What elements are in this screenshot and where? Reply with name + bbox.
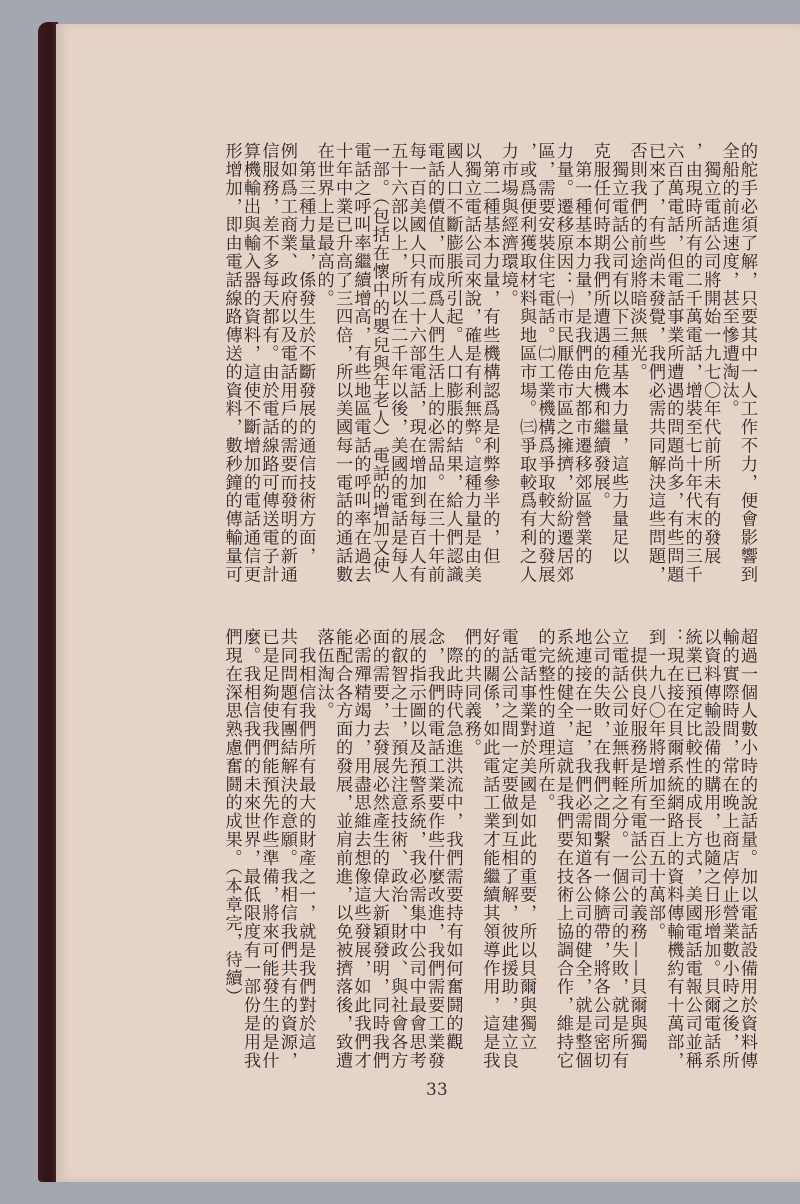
text-column: 例如爲工商業、政府以及電話用戶的需要而發明的新通	[277, 142, 295, 612]
text-column: 信服務，差不多每天都有。由於電話線路可傳送電子計	[259, 142, 277, 612]
text-column: 以獨立電話公司來說，確是有利無弊。這種力量是由美	[462, 142, 480, 612]
text-column: 提供良好服務是所有電話公司的義務——貝爾與獨	[627, 628, 645, 1098]
text-column: 力量。遷移原因：㈠市民厭倦市區之擁擠，紛紛遷居郊	[554, 142, 572, 612]
text-column: 電話的價值，而成爲人們生活上的必需品。在三十年前	[425, 142, 443, 612]
text-column: 輸的實際時間，常在晚上商店停止營業數小時之後，所	[719, 628, 737, 1098]
text-column: 以資料傳輸設備的購用，也隨之日形增加。貝爾電話系	[701, 628, 719, 1098]
text-column: 算機輸出與輸入器的資料，這使不斷增加的電話通信更	[241, 142, 259, 612]
text-column: 區，需要安裝住宅電話。㈡工業機構爲爭取較大的發展	[535, 142, 553, 612]
text-column: 克服任何時期我們所遭遇的危機和繼續發展。	[590, 142, 608, 612]
text-column: 到一九八〇年將增加至一百五十萬部。	[646, 628, 664, 1098]
text-column: 全船的前進速度，甚至慘遭淘汰。	[719, 142, 737, 612]
text-column: 否則我們的前途將暗淡無光。	[627, 142, 645, 612]
text-column: 第三種力量，係發生於不斷發展的通信技術方面，	[296, 142, 314, 612]
text-column: 們現在深思熟慮奮鬪的成果。（本章完，待續）	[222, 628, 240, 1098]
text-column: 系統的健全，這就是我們要在技術上協調合作，維持它	[554, 628, 572, 1098]
text-column: 落伍淘汰。	[314, 628, 332, 1098]
text-column: 際此時代急進洪流中，我們需要持有如何奮鬪的觀	[443, 628, 461, 1098]
text-column: 國人口不斷膨脹所引起。人口膨脹的結果，給人們認識	[443, 142, 461, 612]
text-column: 第一種基本力量，是我們由大都市遷移郊區營業的	[572, 142, 590, 612]
text-column: 共同問題有團結解決的意願。我相信我們共有的資源，	[277, 628, 295, 1098]
text-column: 能配合各方面的發展，並肩前進，以免被擠落後，致遭	[333, 628, 351, 1098]
text-column: 們的共同義務。	[462, 628, 480, 1098]
text-column: 麼。我相信我們的未來世界，最低限度有一部份是用我	[241, 628, 259, 1098]
text-column: 電話公司之間一定要做到互相了解，彼此援助，建立良	[498, 628, 516, 1098]
text-block-bottom: 超過一個人數小時的說話量。加以電話設備用於資料傳輸的實際時間，常在晚上商店停止營…	[222, 628, 756, 1098]
text-column: 力市場與經濟環境。	[498, 142, 516, 612]
text-column: ：現在接在貝爾系統網路上的資料傳輸機約有十萬部，	[664, 628, 682, 1098]
text-column: ，或爲便利獲取材料與地區市場。㈢爭取較爲有利之人	[517, 142, 535, 612]
text-column: 每一百美國人只有二十六部電話，現在增加到每百人有	[406, 142, 424, 612]
text-column: 展的指示圖以及預警系統，我必需集中公司中最會思考	[406, 628, 424, 1098]
text-column: 面的需要，去發展必然產生的偉大新穎發明，同時我們	[369, 628, 387, 1098]
text-column: 超過一個人數小時的說話量。加以電話設備用於資料傳	[738, 628, 756, 1098]
text-block-top: 的舵手必須了解，只要其中一人工作不力，便會影響到全船的前進速度，甚至慘遭淘汰。 …	[222, 142, 756, 612]
text-column: 已來了，有些尚未發覺，我們必需共同解決這些問題，	[646, 142, 664, 612]
text-column: 立電話公司並無軒輊之分。一個公司的失敗，就是所有	[609, 628, 627, 1098]
book-binding	[38, 22, 58, 1182]
text-column: 一部。（包括在懷中的嬰兒與年老人）電話的增加又使	[369, 142, 387, 612]
page-number: 33	[426, 1080, 448, 1100]
book-page: 的舵手必須了解，只要其中一人工作不力，便會影響到全船的前進速度，甚至慘遭淘汰。 …	[56, 24, 800, 1182]
text-column: 的完整性的道理所在。	[535, 628, 553, 1098]
text-column: ，由現時所有的二千萬電話，增裝至七十年代末的三千	[682, 142, 700, 612]
text-column: 地連接在一起，我們必需知道各公司的健全，就是整個	[572, 628, 590, 1098]
text-column: 念，我們的電話工業要作些什麼改進，我們需要工業發	[425, 628, 443, 1098]
text-column: 在世界上是最高的。	[314, 142, 332, 612]
text-column: 好的關係，如此電話工業才能繼續其領導作用，這是我	[480, 628, 498, 1098]
text-column: 五十六部以上，所以在二千年以後，美國的電話是每人	[388, 142, 406, 612]
text-column: 的舵手必須了解，只要其中一人工作不力，便會影響到	[738, 142, 756, 612]
text-column: 獨立電話公司有以下三種基本力量，這些力量足以	[609, 142, 627, 612]
text-column: 第二種基本力量，有些機構認爲是利弊參半的，但	[480, 142, 498, 612]
text-column: 六百萬電話，但電話事業所遭遇的問題尚多，有些問題	[664, 142, 682, 612]
text-column: 公司的失敗，在我們之間繫有一條臍帶，將各公司密切	[590, 628, 608, 1098]
text-column: 統業已預定比較性的成長方式，美國電話電報公司並稱	[682, 628, 700, 1098]
text-column: 必需殫精竭力，用盡思維去想像這些發展，如此我們才	[351, 628, 369, 1098]
text-column: 十年中業已升高了三四倍，所以美國每一電話的通話數	[333, 142, 351, 612]
text-column: 形增加，即由電話線路傳送的資料，數秒鐘的傳輸量可	[222, 142, 240, 612]
text-column: 已是足夠使我們能預先作些準備，將來可能發生的是什	[259, 628, 277, 1098]
text-column: 的叡智之士，預先注意技術、政治、財政、與社會各方	[388, 628, 406, 1098]
text-column: 我相信我們所有最大的財產之一，就是我們對於這	[296, 628, 314, 1098]
text-column: 電話之呼叫率繼續增高，有些地區電話的呼叫率在過去	[351, 142, 369, 612]
text-column: 獨立電話公司將開始一九七〇年代前所未有的發展	[701, 142, 719, 612]
text-column: 電話事業對於美國是如此的重要，所以貝爾與獨立	[517, 628, 535, 1098]
